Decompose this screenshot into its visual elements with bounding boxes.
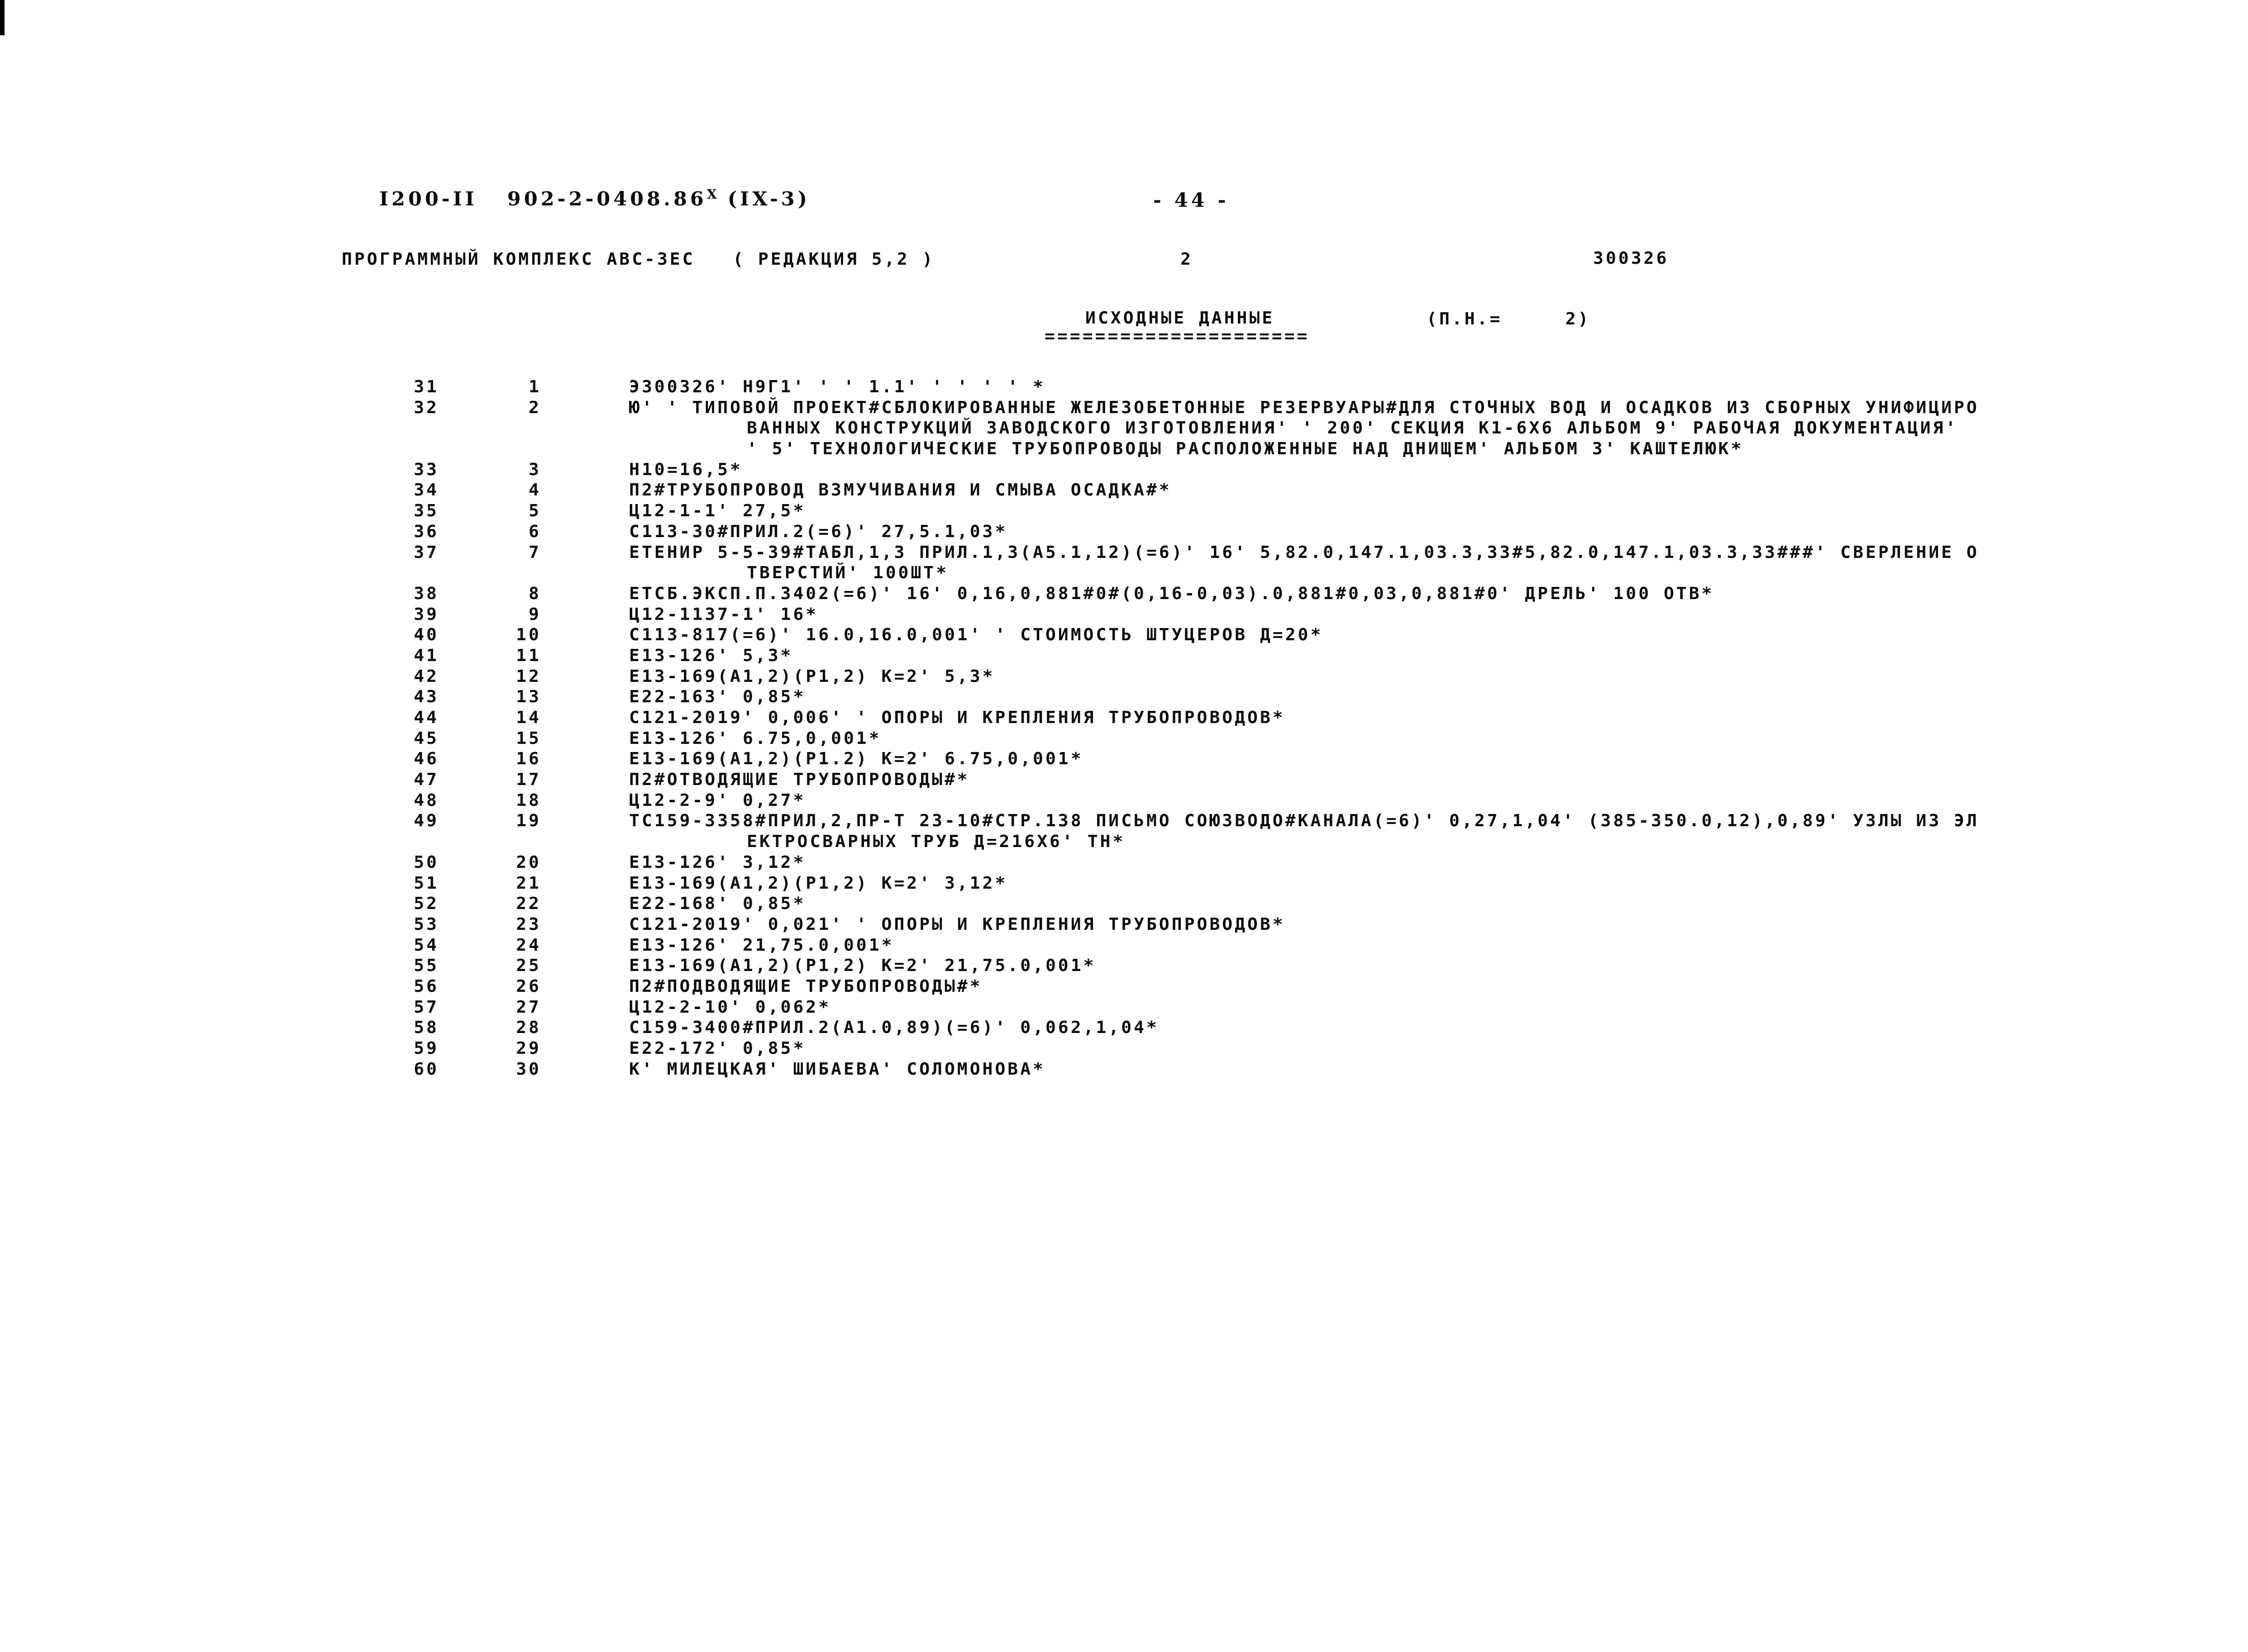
sheet-number: 2 — [1180, 249, 1193, 269]
section-title: ИСХОДНЫЕ ДАННЫЕ — [1085, 308, 1274, 328]
line-text: Е13-169(А1,2)(Р1,2) К=2' 3,12* — [629, 873, 1007, 893]
line-number: 9 — [482, 604, 541, 624]
listing-row: 311Э300326' Н9Г1' ' ' 1.1' ' ' ' ' * — [0, 376, 2248, 397]
line-seq-number: 60 — [388, 1059, 439, 1079]
document-code-superscript: X — [707, 186, 718, 202]
line-seq-number: 35 — [388, 500, 439, 520]
line-number: 24 — [482, 935, 541, 955]
line-number: 18 — [482, 790, 541, 810]
line-seq-number: 47 — [388, 769, 439, 789]
line-number: 23 — [482, 914, 541, 934]
listing-row: 388ЕТСБ.ЭКСП.П.3402(=6)' 16' 0,16,0,881#… — [0, 583, 2248, 604]
listing-row: ЕКТРОСВАРНЫХ ТРУБ Д=216Х6' ТН* — [0, 831, 2248, 852]
line-number: 14 — [482, 707, 541, 727]
line-number: 6 — [482, 521, 541, 541]
line-text: Ц12-2-10' 0,062* — [629, 997, 831, 1017]
line-text: ТС159-3358#ПРИЛ,2,ПР-Т 23-10#СТР.138 ПИС… — [629, 810, 1979, 830]
line-text: Ю' ' ТИПОВОЙ ПРОЕКТ#СБЛОКИРОВАННЫЕ ЖЕЛЕЗ… — [629, 397, 1979, 417]
listing-row: 4111Е13-126' 5,3* — [0, 645, 2248, 666]
line-seq-number: 59 — [388, 1038, 439, 1058]
line-seq-number: 44 — [388, 707, 439, 727]
listing-row: ТВЕРСТИЙ' 100ШТ* — [0, 562, 2248, 583]
line-text: С113-817(=6)' 16.0,16.0,001' ' СТОИМОСТЬ… — [629, 624, 1323, 644]
line-text: Ц12-1137-1' 16* — [629, 604, 818, 624]
line-seq-number: 42 — [388, 666, 439, 686]
line-seq-number: 45 — [388, 728, 439, 748]
listing-row: 5323С121-2019' 0,021' ' ОПОРЫ И КРЕПЛЕНИ… — [0, 914, 2248, 935]
line-text: С121-2019' 0,006' ' ОПОРЫ И КРЕПЛЕНИЯ ТР… — [629, 707, 1285, 727]
line-number: 16 — [482, 748, 541, 768]
line-number: 10 — [482, 624, 541, 644]
listing-row: 5525Е13-169(А1,2)(Р1,2) К=2' 21,75.0,001… — [0, 955, 2248, 976]
line-number: 1 — [482, 376, 541, 396]
listing-row: 5929Е22-172' 0,85* — [0, 1038, 2248, 1059]
line-seq-number: 33 — [388, 459, 439, 479]
line-number: 12 — [482, 666, 541, 686]
page-number: - 44 - — [1153, 189, 1229, 212]
line-text: ' 5' ТЕХНОЛОГИЧЕСКИЕ ТРУБОПРОВОДЫ РАСПОЛ… — [747, 438, 1743, 458]
line-seq-number: 56 — [388, 976, 439, 996]
line-seq-number: 39 — [388, 604, 439, 624]
listing-row: 366С113-30#ПРИЛ.2(=6)' 27,5.1,03* — [0, 521, 2248, 542]
document-code-suffix: (IX-3) — [718, 188, 810, 210]
listing-row: 5020Е13-126' 3,12* — [0, 852, 2248, 873]
line-seq-number: 49 — [388, 810, 439, 830]
line-number: 4 — [482, 480, 541, 500]
line-number: 21 — [482, 873, 541, 893]
line-seq-number: 43 — [388, 686, 439, 706]
listing-row: 355Ц12-1-1' 27,5* — [0, 500, 2248, 521]
line-text: Ц12-1-1' 27,5* — [629, 500, 806, 520]
line-seq-number: 32 — [388, 397, 439, 417]
listing-row: 6030К' МИЛЕЦКАЯ' ШИБАЕВА' СОЛОМОНОВА* — [0, 1059, 2248, 1080]
document-code-main: I200-II 902-2-0408.86 — [379, 188, 707, 210]
scanned-page: I200-II 902-2-0408.86X (IX-3) - 44 - ПРО… — [0, 0, 2248, 1652]
line-number: 5 — [482, 500, 541, 520]
line-text: Е13-169(А1,2)(Р1.2) К=2' 6.75,0,001* — [629, 748, 1083, 768]
line-seq-number: 48 — [388, 790, 439, 810]
line-seq-number: 55 — [388, 955, 439, 975]
listing-row: 5424Е13-126' 21,75.0,001* — [0, 935, 2248, 956]
listing-row: 4818Ц12-2-9' 0,27* — [0, 790, 2248, 811]
line-seq-number: 38 — [388, 583, 439, 603]
line-text: Е22-172' 0,85* — [629, 1038, 806, 1058]
program-title: ПРОГРАММНЫЙ КОМПЛЕКС АВС-3ЕС ( РЕДАКЦИЯ … — [342, 249, 935, 269]
listing-row: 4616Е13-169(А1,2)(Р1.2) К=2' 6.75,0,001* — [0, 748, 2248, 769]
line-seq-number: 50 — [388, 852, 439, 872]
line-seq-number: 54 — [388, 935, 439, 955]
line-text: ТВЕРСТИЙ' 100ШТ* — [747, 562, 949, 582]
listing-row: 399Ц12-1137-1' 16* — [0, 604, 2248, 625]
line-number: 3 — [482, 459, 541, 479]
listing-row: 4313Е22-163' 0,85* — [0, 686, 2248, 707]
line-text: ВАННЫХ КОНСТРУКЦИЙ ЗАВОДСКОГО ИЗГОТОВЛЕН… — [747, 418, 1958, 438]
listing-row: ВАННЫХ КОНСТРУКЦИЙ ЗАВОДСКОГО ИЗГОТОВЛЕН… — [0, 418, 2248, 438]
line-seq-number: 41 — [388, 645, 439, 665]
line-number: 11 — [482, 645, 541, 665]
line-seq-number: 34 — [388, 480, 439, 500]
line-text: Е22-168' 0,85* — [629, 893, 806, 913]
line-text: С113-30#ПРИЛ.2(=6)' 27,5.1,03* — [629, 521, 1007, 541]
line-number: 20 — [482, 852, 541, 872]
listing-row: 4414С121-2019' 0,006' ' ОПОРЫ И КРЕПЛЕНИ… — [0, 707, 2248, 728]
listing-row: 4515Е13-126' 6.75,0,001* — [0, 728, 2248, 749]
line-text: П2#ПОДВОДЯЩИЕ ТРУБОПРОВОДЫ#* — [629, 976, 983, 996]
line-text: ЕКТРОСВАРНЫХ ТРУБ Д=216Х6' ТН* — [747, 831, 1125, 851]
line-number: 28 — [482, 1017, 541, 1037]
listing-row: 4919ТС159-3358#ПРИЛ,2,ПР-Т 23-10#СТР.138… — [0, 810, 2248, 831]
line-seq-number: 52 — [388, 893, 439, 913]
line-seq-number: 58 — [388, 1017, 439, 1037]
line-number: 13 — [482, 686, 541, 706]
listing-row: 4212Е13-169(А1,2)(Р1,2) К=2' 5,3* — [0, 666, 2248, 687]
listing-row: 322Ю' ' ТИПОВОЙ ПРОЕКТ#СБЛОКИРОВАННЫЕ ЖЕ… — [0, 397, 2248, 418]
scan-artifact — [0, 0, 5, 35]
line-text: ЕТСБ.ЭКСП.П.3402(=6)' 16' 0,16,0,881#0#(… — [629, 583, 1714, 603]
line-seq-number: 37 — [388, 542, 439, 562]
line-seq-number: 40 — [388, 624, 439, 644]
line-seq-number: 36 — [388, 521, 439, 541]
line-text: Н10=16,5* — [629, 459, 743, 479]
line-number: 19 — [482, 810, 541, 830]
listing-row: 377ЕТЕНИР 5-5-39#ТАБЛ,1,3 ПРИЛ.1,3(А5.1,… — [0, 542, 2248, 563]
line-text: Е13-126' 6.75,0,001* — [629, 728, 882, 748]
line-seq-number: 57 — [388, 997, 439, 1017]
line-seq-number: 51 — [388, 873, 439, 893]
line-number: 8 — [482, 583, 541, 603]
listing-row: 5727Ц12-2-10' 0,062* — [0, 997, 2248, 1018]
line-text: Э300326' Н9Г1' ' ' 1.1' ' ' ' ' * — [629, 376, 1045, 396]
line-text: Е13-126' 21,75.0,001* — [629, 935, 894, 955]
line-text: С159-3400#ПРИЛ.2(А1.0,89)(=6)' 0,062,1,0… — [629, 1017, 1159, 1037]
line-seq-number: 31 — [388, 376, 439, 396]
listing-row: 4717П2#ОТВОДЯЩИЕ ТРУБОПРОВОДЫ#* — [0, 769, 2248, 790]
line-text: Е22-163' 0,85* — [629, 686, 806, 706]
object-code: 300326 — [1593, 248, 1669, 268]
listing-row: ' 5' ТЕХНОЛОГИЧЕСКИЕ ТРУБОПРОВОДЫ РАСПОЛ… — [0, 438, 2248, 459]
line-seq-number: 53 — [388, 914, 439, 934]
line-number: 29 — [482, 1038, 541, 1058]
line-number: 27 — [482, 997, 541, 1017]
pn-parameter: (П.Н.= 2) — [1427, 309, 1590, 328]
document-code: I200-II 902-2-0408.86X (IX-3) — [379, 186, 810, 210]
line-text: П2#ОТВОДЯЩИЕ ТРУБОПРОВОДЫ#* — [629, 769, 970, 789]
line-text: Е13-169(А1,2)(Р1,2) К=2' 5,3* — [629, 666, 995, 686]
listing-row: 333Н10=16,5* — [0, 459, 2248, 480]
listing-row: 344П2#ТРУБОПРОВОД ВЗМУЧИВАНИЯ И СМЫВА ОС… — [0, 480, 2248, 500]
listing-row: 5828С159-3400#ПРИЛ.2(А1.0,89)(=6)' 0,062… — [0, 1017, 2248, 1038]
line-number: 30 — [482, 1059, 541, 1079]
line-number: 26 — [482, 976, 541, 996]
line-number: 7 — [482, 542, 541, 562]
line-number: 25 — [482, 955, 541, 975]
line-number: 2 — [482, 397, 541, 417]
listing: 311Э300326' Н9Г1' ' ' 1.1' ' ' ' ' *322Ю… — [0, 376, 2248, 1079]
listing-row: 4010С113-817(=6)' 16.0,16.0,001' ' СТОИМ… — [0, 624, 2248, 645]
line-text: К' МИЛЕЦКАЯ' ШИБАЕВА' СОЛОМОНОВА* — [629, 1059, 1045, 1079]
line-text: Ц12-2-9' 0,27* — [629, 790, 806, 810]
section-title-underline: ===================== — [1045, 326, 1309, 346]
line-text: Е13-126' 5,3* — [629, 645, 793, 665]
line-text: П2#ТРУБОПРОВОД ВЗМУЧИВАНИЯ И СМЫВА ОСАДК… — [629, 480, 1172, 500]
line-text: ЕТЕНИР 5-5-39#ТАБЛ,1,3 ПРИЛ.1,3(А5.1,12)… — [629, 542, 1979, 562]
line-text: Е13-126' 3,12* — [629, 852, 806, 872]
listing-row: 5222Е22-168' 0,85* — [0, 893, 2248, 914]
line-number: 15 — [482, 728, 541, 748]
line-text: Е13-169(А1,2)(Р1,2) К=2' 21,75.0,001* — [629, 955, 1096, 975]
line-text: С121-2019' 0,021' ' ОПОРЫ И КРЕПЛЕНИЯ ТР… — [629, 914, 1285, 934]
listing-row: 5626П2#ПОДВОДЯЩИЕ ТРУБОПРОВОДЫ#* — [0, 976, 2248, 997]
listing-row: 5121Е13-169(А1,2)(Р1,2) К=2' 3,12* — [0, 873, 2248, 894]
line-seq-number: 46 — [388, 748, 439, 768]
line-number: 17 — [482, 769, 541, 789]
line-number: 22 — [482, 893, 541, 913]
